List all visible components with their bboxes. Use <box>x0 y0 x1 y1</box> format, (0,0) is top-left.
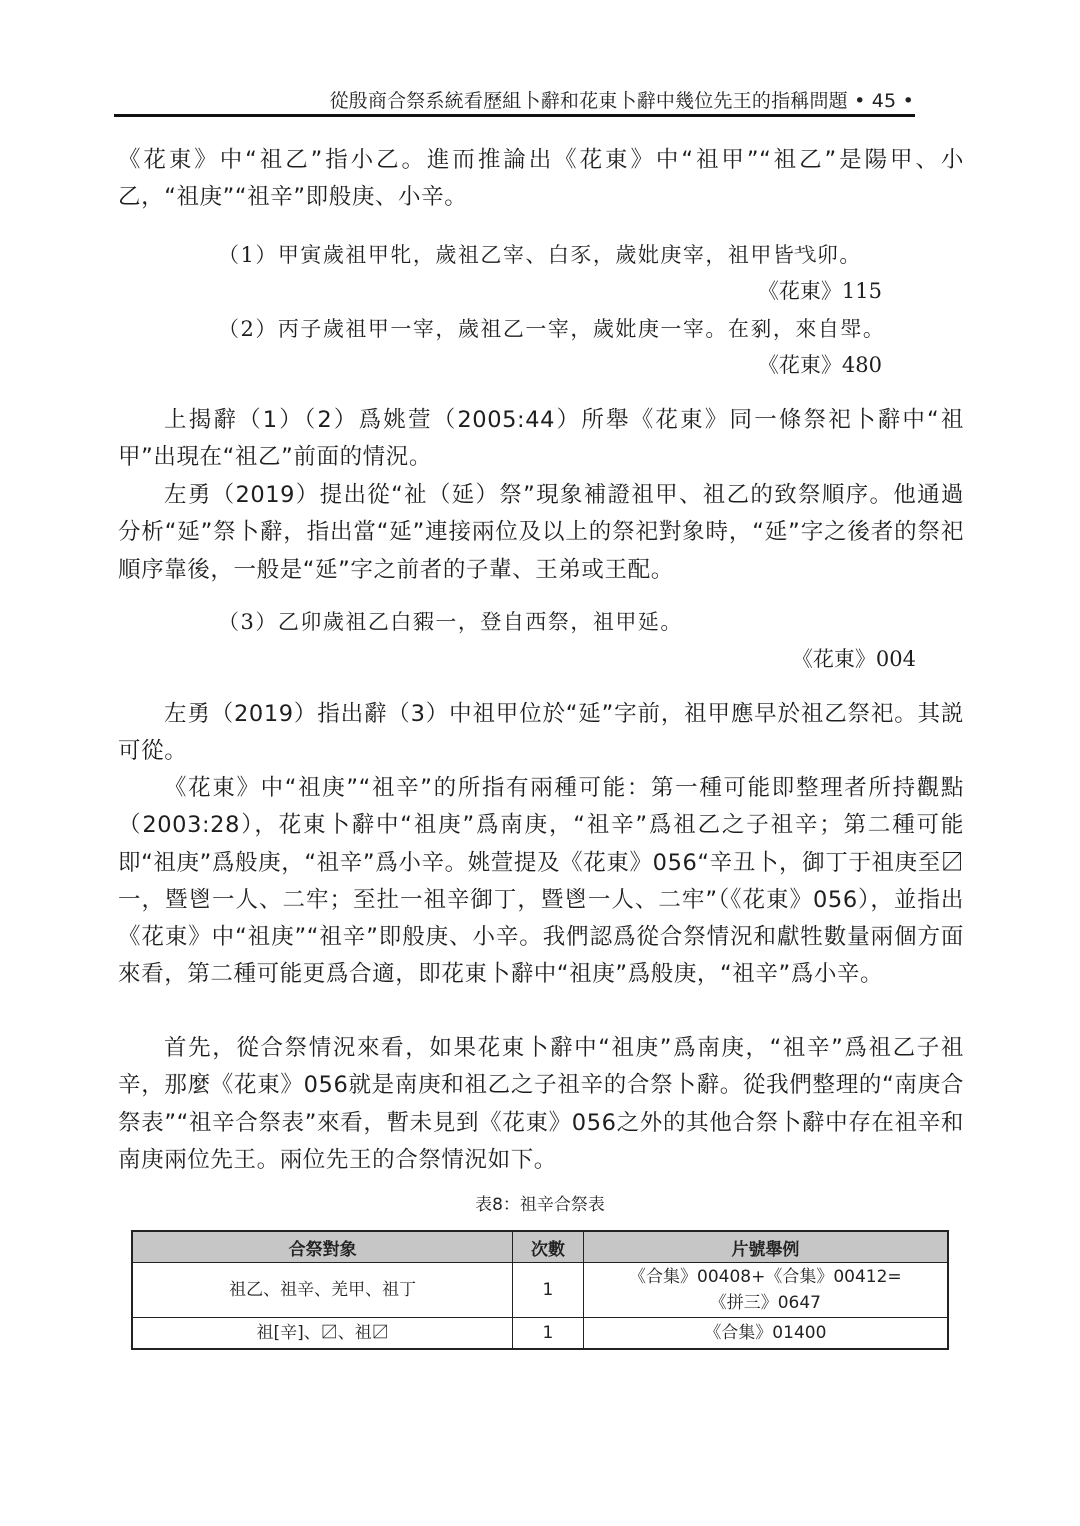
cell-object: 祖乙、祖辛、羌甲、祖丁 <box>132 1263 513 1318</box>
example-2: （2）丙子歲祖甲一宰，歲祖乙一宰，歲妣庚一宰。在剢，來自斝。 <box>218 314 885 344</box>
example-text: 丙子歲祖甲一宰，歲祖乙一宰，歲妣庚一宰。在剢，來自斝。 <box>278 317 886 341</box>
paragraph-1: 《花東》中“祖乙”指小乙。進而推論出《花東》中“祖甲”“祖乙”是陽甲、小乙，“祖… <box>118 142 964 217</box>
table-header-row: 合祭對象 次數 片號舉例 <box>132 1231 948 1263</box>
column-header-reference: 片號舉例 <box>583 1231 948 1263</box>
oracle-glyph-icon: 𢦏 <box>792 239 820 272</box>
example-2-source: 《花東》480 <box>758 350 882 380</box>
table-caption: 表8：祖辛合祭表 <box>0 1193 1080 1217</box>
cell-count: 1 <box>513 1318 584 1350</box>
running-title: 從殷商合祭系統看歷組卜辭和花東卜辭中幾位先王的指稱問題 <box>329 90 847 112</box>
example-1-source: 《花東》115 <box>758 276 882 306</box>
column-header-object: 合祭對象 <box>132 1231 513 1263</box>
paragraph-6: 首先，從合祭情況來看，如果花東卜辭中“祖庚”爲南庚，“祖辛”爲祖乙子祖辛，那麼《… <box>118 1030 964 1179</box>
table-row: 祖[辛]、〼、祖〼 1 《合集》01400 <box>132 1318 948 1350</box>
reference-line: 《拼三》0647 <box>590 1290 941 1316</box>
example-text: 乙卯歲祖乙白豭一，登自西祭，祖甲延。 <box>278 610 683 634</box>
page-number: • 45 • <box>854 90 914 112</box>
cell-object: 祖[辛]、〼、祖〼 <box>132 1318 513 1350</box>
reference-line: 《合集》00408+《合集》00412= <box>590 1264 941 1290</box>
column-header-count: 次數 <box>513 1231 584 1263</box>
example-3-source: 《花東》004 <box>792 644 916 674</box>
example-number: （2） <box>218 317 278 341</box>
paragraph-5: 《花東》中“祖庚”“祖辛”的所指有兩種可能：第一種可能即整理者所持觀點（2003… <box>118 770 964 994</box>
cell-reference: 《合集》01400 <box>583 1318 948 1350</box>
paragraph-4: 左勇（2019）指出辭（3）中祖甲位於“延”字前，祖甲應早於祖乙祭祀。其説可從。 <box>118 696 964 771</box>
joint-sacrifice-table: 合祭對象 次數 片號舉例 祖乙、祖辛、羌甲、祖丁 1 《合集》00408+《合集… <box>131 1230 949 1350</box>
reference-line: 《合集》01400 <box>590 1320 941 1346</box>
example-1: （1）甲寅歲祖甲牝，歲祖乙宰、白豕，歲妣庚宰，祖甲皆𢦏卯。 <box>218 240 862 270</box>
example-text-tail: 卯。 <box>817 243 862 267</box>
paragraph-3: 左勇（2019）提出從“祉（延）祭”現象補證祖甲、祖乙的致祭順序。他通過分析“延… <box>118 477 964 589</box>
cell-reference: 《合集》00408+《合集》00412= 《拼三》0647 <box>583 1263 948 1318</box>
cell-count: 1 <box>513 1263 584 1318</box>
paragraph-2: 上揭辭（1）（2）爲姚萱（2005:44）所舉《花東》同一條祭祀卜辭中“祖甲”出… <box>118 402 964 477</box>
header-rule <box>114 114 915 117</box>
table-row: 祖乙、祖辛、羌甲、祖丁 1 《合集》00408+《合集》00412= 《拼三》0… <box>132 1263 948 1318</box>
example-number: （1） <box>218 243 278 267</box>
running-head: 從殷商合祭系統看歷組卜辭和花東卜辭中幾位先王的指稱問題 • 45 • <box>114 88 914 116</box>
example-text: 甲寅歲祖甲牝，歲祖乙宰、白豕，歲妣庚宰，祖甲皆 <box>278 243 796 267</box>
example-number: （3） <box>218 610 278 634</box>
example-3: （3）乙卯歲祖乙白豭一，登自西祭，祖甲延。 <box>218 607 683 637</box>
